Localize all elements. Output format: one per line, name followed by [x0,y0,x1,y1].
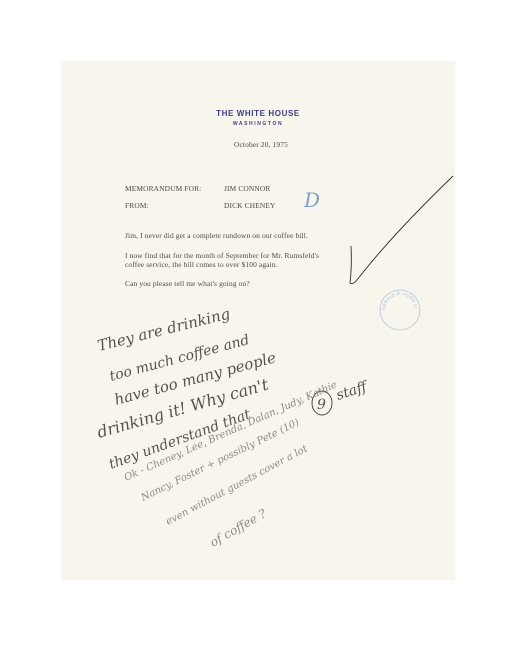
handwritten-line-3: have too many people [112,348,278,408]
initial-mark: D [303,188,320,212]
memo-paper: THE WHITE HOUSE WASHINGTON October 20, 1… [61,61,455,580]
circle-mark-icon [312,391,332,415]
handwritten-line-8: even without guests cover a lot [164,443,310,528]
memorandum-for-label: MEMORANDUM FOR: [125,184,201,193]
handwritten-line-5: they understand that [107,406,253,472]
letterhead-subtitle: WASHINGTON [61,121,455,127]
from-label: FROM: [125,201,149,210]
from-value: DICK CHENEY [224,201,276,210]
handwritten-line-7: Nancy, Foster + possibly Pete (10) [139,417,302,504]
library-stamp: GERALD R. FORD LIBRARY [61,61,420,330]
memo-date: October 20, 1975 [234,140,288,149]
handwritten-line-4: drinking it! Why can't [95,375,271,442]
memo-paragraph-1: Jim, I never did get a complete rundown … [125,231,308,240]
memorandum-for-value: JIM CONNOR [224,184,270,193]
handwritten-line-6: Ok - Cheney, Lee, Brenda, Dalan, Judy, K… [123,379,339,483]
handwritten-staff: staff [334,378,370,403]
memo-paragraph-2-line-2: coffee service, the bill comes to over $… [125,260,278,269]
checkmark-icon [350,176,453,284]
handwritten-count: 9 [317,397,326,413]
memo-paragraph-2-line-1: I now find that for the month of Septemb… [125,251,319,260]
memo-paragraph-3: Can you please tell me what's going on? [125,279,250,288]
handwritten-line-9: of coffee ? [208,506,270,550]
handwritten-line-2: too much coffee and [108,332,251,385]
handwritten-line-1: They are drinking [96,305,232,355]
handwritten-notes: They are drinking too much coffee and ha… [95,305,371,550]
annotation-layer: D GERALD R. FORD LIBRARY They are drinki… [61,61,455,580]
letterhead-title: THE WHITE HOUSE [61,109,455,118]
